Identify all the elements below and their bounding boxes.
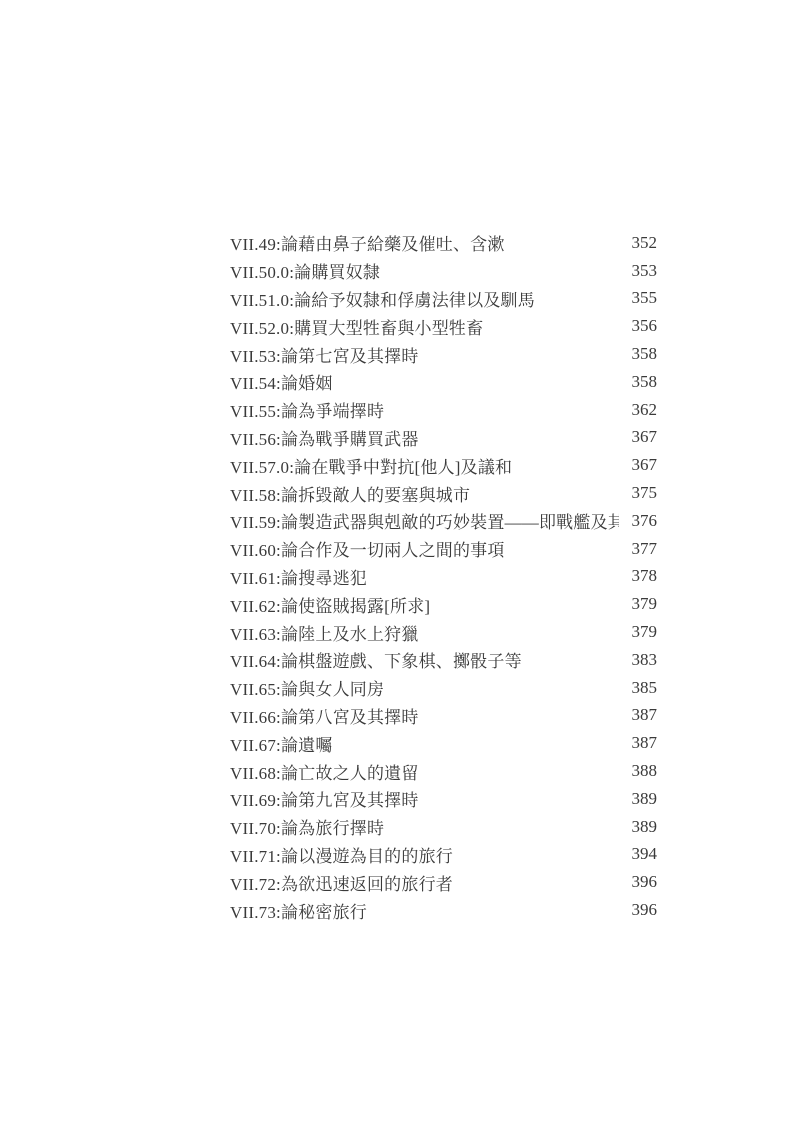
toc-entry: VII.57.0:論在戰爭中對抗[他人]及議和 367 <box>230 451 657 479</box>
toc-entry-page: 362 <box>631 400 657 420</box>
toc-entry-page: 367 <box>631 427 657 447</box>
toc-entry: VII.67:論遺囑 387 <box>230 729 657 757</box>
toc-entry: VII.69:論第九宮及其擇時 389 <box>230 785 657 813</box>
toc-entry-page: 367 <box>631 455 657 475</box>
toc-entry-page: 379 <box>631 622 657 642</box>
toc-entry: VII.61:論搜尋逃犯 378 <box>230 563 657 591</box>
toc-entry-label: VII.64:論棋盤遊戲、下象棋、擲骰子等 <box>230 647 522 672</box>
toc-entry-label: VII.71:論以漫遊為目的的旅行 <box>230 842 453 867</box>
toc-entry: VII.49:論藉由鼻子給藥及催吐、含漱 352 <box>230 229 657 257</box>
toc-entry-page: 358 <box>631 372 657 392</box>
toc-entry-page: 377 <box>631 539 657 559</box>
toc-entry: VII.58:論拆毀敵人的要塞與城市 375 <box>230 479 657 507</box>
toc-entry-label: VII.55:論為爭端擇時 <box>230 397 384 422</box>
toc-entry-label: VII.70:論為旅行擇時 <box>230 814 384 839</box>
toc-entry: VII.51.0:論給予奴隸和俘虜法律以及馴馬 355 <box>230 285 657 313</box>
toc-entry: VII.50.0:論購買奴隸 353 <box>230 257 657 285</box>
toc-entry-label: VII.62:論使盜賊揭露[所求] <box>230 592 430 617</box>
toc-entry-label: VII.57.0:論在戰爭中對抗[他人]及議和 <box>230 453 512 478</box>
toc-entry-page: 385 <box>631 678 657 698</box>
toc-entry: VII.53:論第七宮及其擇時 358 <box>230 340 657 368</box>
toc-entry-label: VII.61:論搜尋逃犯 <box>230 564 367 589</box>
toc-entry-page: 383 <box>631 650 657 670</box>
toc-entry: VII.68:論亡故之人的遺留 388 <box>230 757 657 785</box>
toc-entry-page: 396 <box>631 900 657 920</box>
toc-entry: VII.60:論合作及一切兩人之間的事項 377 <box>230 535 657 563</box>
book-page: VII.49:論藉由鼻子給藥及催吐、含漱 352 VII.50.0:論購買奴隸 … <box>0 0 803 1133</box>
toc-entry-label: VII.60:論合作及一切兩人之間的事項 <box>230 536 505 561</box>
toc-entry-label: VII.53:論第七宮及其擇時 <box>230 342 419 367</box>
toc-entry-page: 389 <box>631 817 657 837</box>
toc-entry-page: 378 <box>631 566 657 586</box>
toc-entry-page: 387 <box>631 705 657 725</box>
toc-entry: VII.54:論婚姻 358 <box>230 368 657 396</box>
toc-entry: VII.64:論棋盤遊戲、下象棋、擲骰子等 383 <box>230 646 657 674</box>
toc-entry-page: 396 <box>631 872 657 892</box>
toc-entry: VII.55:論為爭端擇時 362 <box>230 396 657 424</box>
toc-entry-page: 356 <box>631 316 657 336</box>
toc-entry-label: VII.50.0:論購買奴隸 <box>230 258 380 283</box>
toc-entry-label: VII.69:論第九宮及其擇時 <box>230 786 419 811</box>
toc-entry: VII.70:論為旅行擇時 389 <box>230 813 657 841</box>
toc-entry-page: 379 <box>631 594 657 614</box>
toc-entry-label: VII.65:論與女人同房 <box>230 675 384 700</box>
toc-entry-label: VII.54:論婚姻 <box>230 369 333 394</box>
toc-entry-label: VII.67:論遺囑 <box>230 731 333 756</box>
toc-entry-label: VII.66:論第八宮及其擇時 <box>230 703 419 728</box>
toc-entry-page: 358 <box>631 344 657 364</box>
toc-entry: VII.72:為欲迅速返回的旅行者 396 <box>230 868 657 896</box>
toc-entry: VII.56:論為戰爭購買武器 367 <box>230 424 657 452</box>
table-of-contents: VII.49:論藉由鼻子給藥及催吐、含漱 352 VII.50.0:論購買奴隸 … <box>230 229 657 924</box>
toc-entry-label: VII.51.0:論給予奴隸和俘虜法律以及馴馬 <box>230 286 535 311</box>
toc-entry-page: 375 <box>631 483 657 503</box>
toc-entry: VII.66:論第八宮及其擇時 387 <box>230 702 657 730</box>
toc-entry-page: 387 <box>631 733 657 753</box>
toc-entry-label: VII.72:為欲迅速返回的旅行者 <box>230 870 453 895</box>
toc-entry-page: 352 <box>631 233 657 253</box>
toc-entry-label: VII.58:論拆毀敵人的要塞與城市 <box>230 481 470 506</box>
toc-entry-page: 394 <box>631 844 657 864</box>
toc-entry-label: VII.56:論為戰爭購買武器 <box>230 425 419 450</box>
toc-entry-label: VII.73:論秘密旅行 <box>230 898 367 923</box>
toc-entry-label: VII.63:論陸上及水上狩獵 <box>230 620 419 645</box>
toc-entry-page: 389 <box>631 789 657 809</box>
toc-entry: VII.63:論陸上及水上狩獵 379 <box>230 618 657 646</box>
toc-entry: VII.52.0:購買大型牲畜與小型牲畜 356 <box>230 312 657 340</box>
toc-entry-page: 376 <box>631 511 657 531</box>
toc-entry-page: 355 <box>631 288 657 308</box>
toc-entry-label: VII.49:論藉由鼻子給藥及催吐、含漱 <box>230 230 505 255</box>
toc-entry-page: 388 <box>631 761 657 781</box>
toc-entry: VII.65:論與女人同房 385 <box>230 674 657 702</box>
toc-entry-label: VII.52.0:購買大型牲畜與小型牲畜 <box>230 314 483 339</box>
toc-entry: VII.62:論使盜賊揭露[所求] 379 <box>230 590 657 618</box>
toc-entry-page: 353 <box>631 261 657 281</box>
toc-entry: VII.71:論以漫遊為目的的旅行 394 <box>230 841 657 869</box>
toc-entry: VII.59:論製造武器與剋敵的巧妙裝置——即戰艦及其他船隻 376 <box>230 507 657 535</box>
toc-entry: VII.73:論秘密旅行 396 <box>230 896 657 924</box>
toc-entry-label: VII.68:論亡故之人的遺留 <box>230 759 419 784</box>
toc-entry-label: VII.59:論製造武器與剋敵的巧妙裝置——即戰艦及其他船隻 <box>230 508 619 533</box>
